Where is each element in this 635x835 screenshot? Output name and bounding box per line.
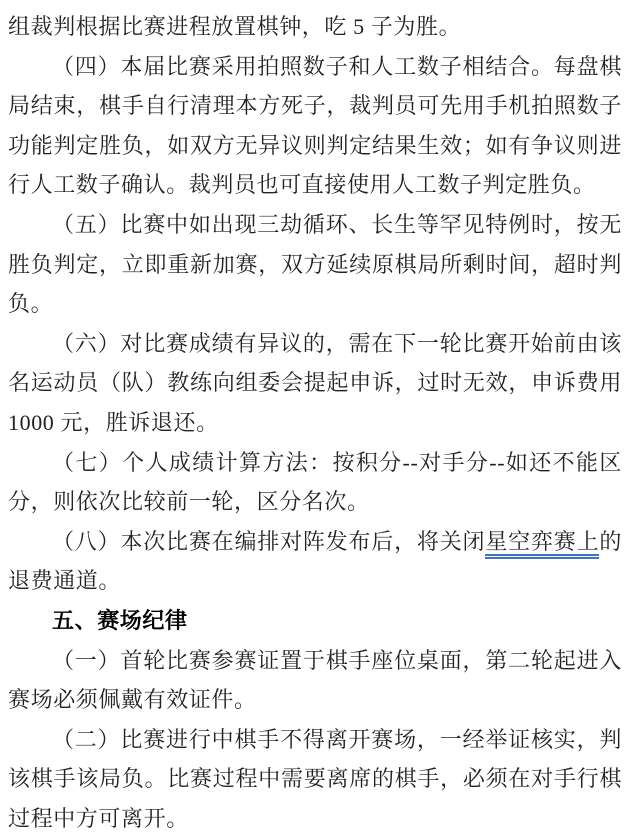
paragraph-continuation: 组裁判根据比赛进程放置棋钟，吃 5 子为胜。: [8, 7, 622, 47]
rule-paragraph-8: （八）本次比赛在编排对阵发布后，将关闭星空弈赛上的退费通道。: [8, 522, 622, 601]
rule-paragraph-6: （六）对比赛成绩有异议的，需在下一轮比赛开始前由该名运动员（队）教练向组委会提起…: [8, 324, 622, 443]
hyperlink-xingkong-platform[interactable]: 星空弈赛上: [485, 529, 599, 559]
rule-paragraph-5: （五）比赛中如出现三劫循环、长生等罕见特例时，按无胜负判定，立即重新加赛，双方延…: [8, 205, 622, 324]
section-heading-discipline: 五、赛场纪律: [8, 601, 622, 641]
document-page: 组裁判根据比赛进程放置棋钟，吃 5 子为胜。 （四）本届比赛采用拍照数子和人工数…: [0, 0, 635, 835]
discipline-paragraph-2: （二）比赛进行中棋手不得离开赛场，一经举证核实，判该棋手该局负。比赛过程中需要离…: [8, 720, 622, 835]
discipline-paragraph-1: （一）首轮比赛参赛证置于棋手座位桌面，第二轮起进入赛场必须佩戴有效证件。: [8, 641, 622, 720]
rule-paragraph-7: （七）个人成绩计算方法：按积分--对手分--如还不能区分，则依次比较前一轮，区分…: [8, 443, 622, 522]
rule-paragraph-4: （四）本届比赛采用拍照数子和人工数子相结合。每盘棋局结束，棋手自行清理本方死子，…: [8, 47, 622, 205]
rule-paragraph-8-text-before: （八）本次比赛在编排对阵发布后，将关闭: [52, 529, 485, 554]
